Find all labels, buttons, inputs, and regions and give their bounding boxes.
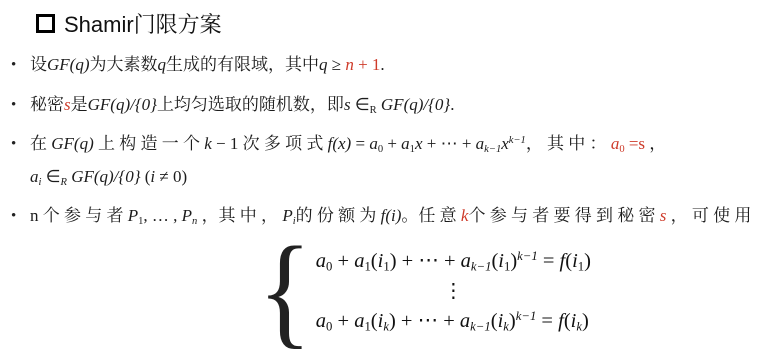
bullet-item-secret-definition: • 秘密s是GF(q)/{0}上均匀选取的随机数，即s ∈R GF(q)/{0}… [0,92,780,118]
bullet-text: n 个 参 与 者 P1, … , Pn ，其 中 ， Pi的 份 额 为 f(… [30,206,751,225]
bullet-item-polynomial-line2: ai ∈R GF(q)/{0} (i ≠ 0) [0,164,780,190]
slide-title: Shamir门限方案 [64,8,222,39]
bullet-text: 秘密s是GF(q)/{0}上均匀选取的随机数，即s ∈R GF(q)/{0}. [30,95,454,114]
bullet-dot-icon: • [11,52,16,78]
bullet-dot-icon: • [11,131,16,157]
bullet-list: • 设GF(q)为大素数q生成的有限域，其中q ≥ n + 1. • 秘密s是G… [0,52,780,229]
slide: Shamir门限方案 • 设GF(q)为大素数q生成的有限域，其中q ≥ n +… [0,0,780,362]
equation-lines: a0 + a1(i1) + ⋯ + ak−1(i1)k−1 = f(i1) ⋮ … [316,246,591,336]
slide-title-row: Shamir门限方案 [0,0,780,39]
equation-system: { a0 + a1(i1) + ⋯ + ak−1(i1)k−1 = f(i1) … [258,235,591,347]
bullet-text: 在 GF(q) 上 构 造 一 个 k − 1 次 多 项 式 f(x) = a… [30,134,666,153]
left-brace: { [258,228,312,353]
bullet-item-field-definition: • 设GF(q)为大素数q生成的有限域，其中q ≥ n + 1. [0,52,780,78]
hollow-square-icon [36,14,55,33]
equation-line-1: a0 + a1(i1) + ⋯ + ak−1(i1)k−1 = f(i1) [316,246,591,276]
bullet-item-participants: • n 个 参 与 者 P1, … , Pn ，其 中 ， Pi的 份 额 为 … [0,203,780,229]
bullet-text: ai ∈R GF(q)/{0} (i ≠ 0) [30,167,187,186]
bullet-dot-icon: • [11,92,16,118]
bullet-dot-icon: • [11,203,16,229]
vertical-dots: ⋮ [443,278,463,304]
equation-line-2: a0 + a1(ik) + ⋯ + ak−1(ik)k−1 = f(ik) [316,306,589,336]
bullet-item-polynomial-line1: • 在 GF(q) 上 构 造 一 个 k − 1 次 多 项 式 f(x) =… [0,131,780,157]
bullet-text: 设GF(q)为大素数q生成的有限域，其中q ≥ n + 1. [30,55,385,74]
